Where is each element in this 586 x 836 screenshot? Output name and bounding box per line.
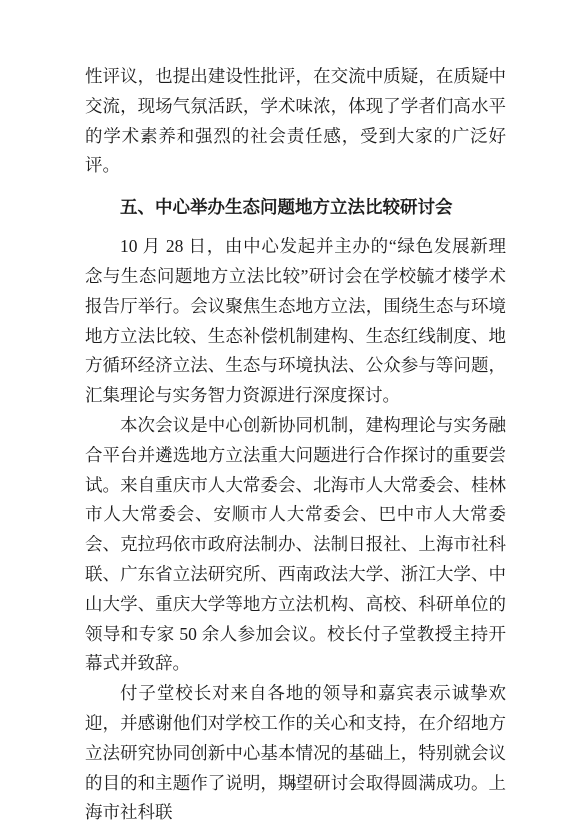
paragraph-meeting-overview: 10 月 28 日，由中心发起并主办的“绿色发展新理念与生态问题地方立法比较”研… — [85, 232, 506, 411]
paragraph-participants: 本次会议是中心创新协同机制，建构理论与实务融合平台并遴选地方立法重大问题进行合作… — [85, 411, 506, 679]
paragraph-president-speech: 付子堂校长对来自各地的领导和嘉宾表示诚挚欢迎，并感谢他们对学校工作的关心和支持，… — [85, 679, 506, 828]
document-page: 性评议，也提出建设性批评，在交流中质疑，在质疑中交流，现场气氛活跃，学术味浓，体… — [0, 0, 586, 836]
section-heading: 五、中心举办生态问题地方立法比较研讨会 — [85, 192, 506, 222]
paragraph-continuation: 性评议，也提出建设性批评，在交流中质疑，在质疑中交流，现场气氛活跃，学术味浓，体… — [85, 62, 506, 181]
page-number: 6 — [0, 777, 586, 792]
page-body: 性评议，也提出建设性批评，在交流中质疑，在质疑中交流，现场气氛活跃，学术味浓，体… — [85, 62, 506, 828]
